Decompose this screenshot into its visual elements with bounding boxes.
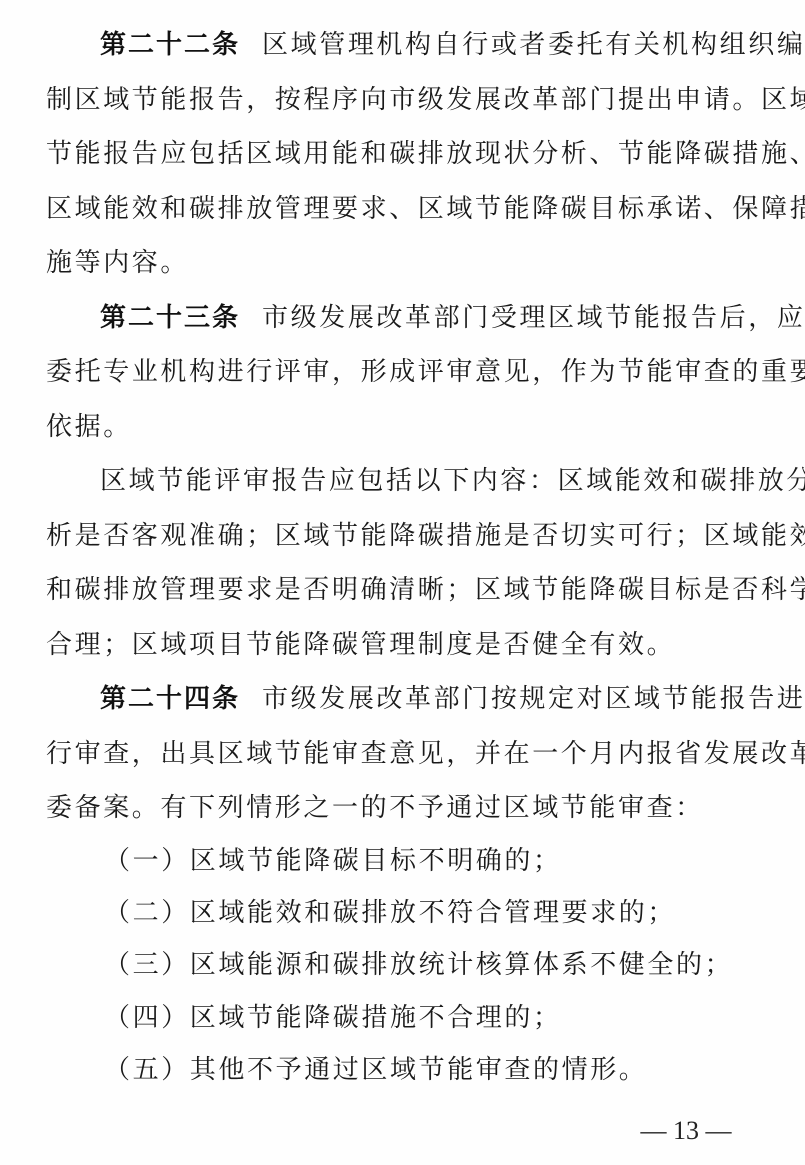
article-24-line-1: 第二十四条市级发展改革部门按规定对区域节能报告进: [100, 679, 762, 719]
review-paragraph-line-4: 合理；区域项目节能降碳管理制度是否健全有效。: [46, 625, 762, 665]
article-23-line-3: 依据。: [46, 407, 762, 447]
text: 区域管理机构自行或者委托有关机构组织编: [262, 30, 805, 60]
article-number: 第二十二条: [100, 30, 240, 60]
article-number: 第二十四条: [100, 684, 240, 714]
article-24-line-2: 行审查，出具区域节能审查意见，并在一个月内报省发展改革: [46, 734, 762, 774]
review-paragraph-line-2: 析是否客观准确；区域节能降碳措施是否切实可行；区域能效: [46, 516, 762, 556]
list-item-3: （三）区域能源和碳排放统计核算体系不健全的；: [104, 945, 762, 985]
list-item-2: （二）区域能效和碳排放不符合管理要求的；: [104, 893, 762, 933]
article-23-line-2: 委托专业机构进行评审，形成评审意见，作为节能审查的重要: [46, 352, 762, 392]
article-23-line-1: 第二十三条市级发展改革部门受理区域节能报告后，应: [100, 298, 762, 338]
page-number: — 13 —: [636, 1113, 736, 1149]
article-22-line-5: 施等内容。: [46, 243, 762, 283]
list-item-1: （一）区域节能降碳目标不明确的；: [104, 841, 762, 881]
article-22-line-3: 节能报告应包括区域用能和碳排放现状分析、节能降碳措施、: [46, 134, 762, 174]
article-24-line-3: 委备案。有下列情形之一的不予通过区域节能审查：: [46, 788, 762, 828]
list-item-4: （四）区域节能降碳措施不合理的；: [104, 998, 762, 1038]
article-22-line-4: 区域能效和碳排放管理要求、区域节能降碳目标承诺、保障措: [46, 189, 762, 229]
article-22-line-2: 制区域节能报告，按程序向市级发展改革部门提出申请。区域: [46, 80, 762, 120]
review-paragraph-line-3: 和碳排放管理要求是否明确清晰；区域节能降碳目标是否科学: [46, 570, 762, 610]
document-page: 第二十二条区域管理机构自行或者委托有关机构组织编 制区域节能报告，按程序向市级发…: [0, 0, 805, 1165]
text: 市级发展改革部门按规定对区域节能报告进: [262, 684, 805, 714]
article-number: 第二十三条: [100, 303, 240, 333]
review-paragraph-line-1: 区域节能评审报告应包括以下内容：区域能效和碳排放分: [100, 461, 762, 501]
text: 市级发展改革部门受理区域节能报告后，应: [262, 303, 805, 333]
article-22-line-1: 第二十二条区域管理机构自行或者委托有关机构组织编: [100, 25, 762, 65]
list-item-5: （五）其他不予通过区域节能审查的情形。: [104, 1050, 762, 1090]
